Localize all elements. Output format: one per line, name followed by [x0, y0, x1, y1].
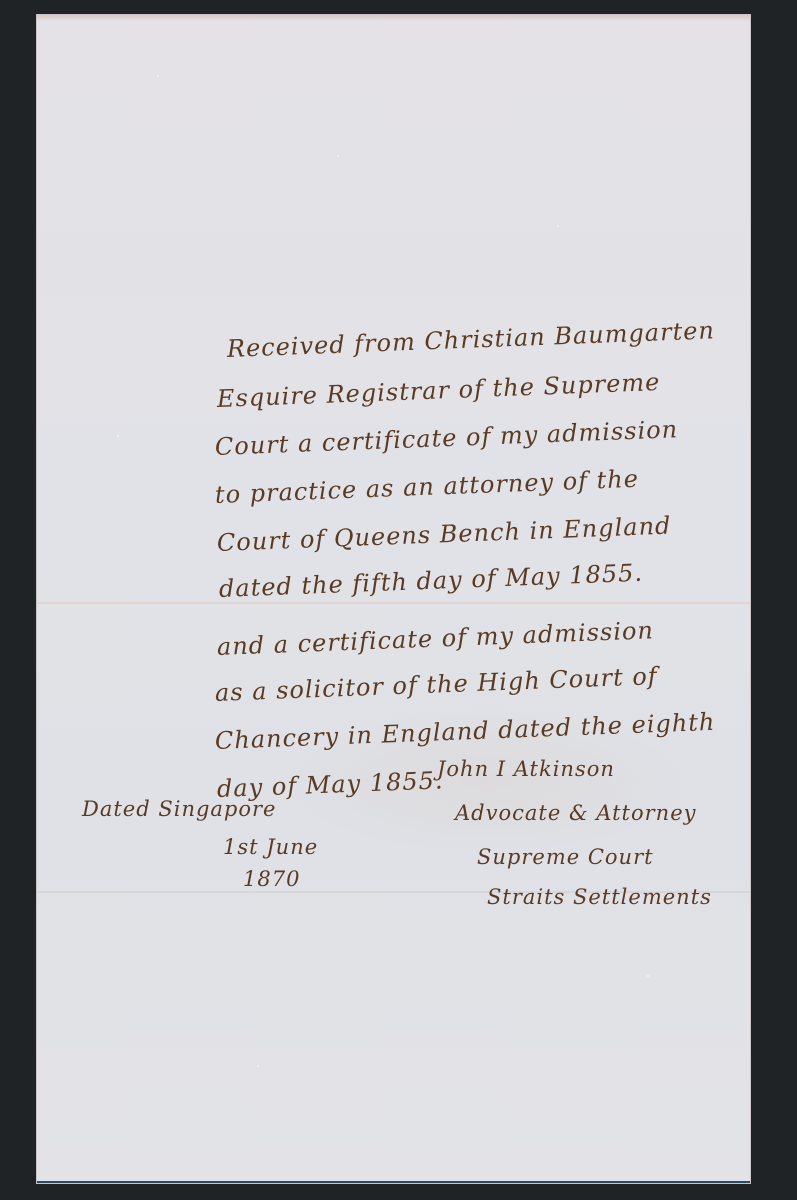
signature-name: John I Atkinson	[437, 757, 615, 781]
body-line-8: as a solicitor of the High Court of	[214, 662, 658, 707]
fold-line	[37, 602, 750, 605]
paper-speck	[157, 75, 159, 77]
signature-title-1: Advocate & Attorney	[455, 801, 696, 825]
paper-speck	[557, 225, 559, 227]
body-line-2: Esquire Registrar of the Supreme	[216, 368, 660, 413]
paper-speck	[647, 975, 649, 977]
signature-title-2: Supreme Court	[477, 845, 654, 869]
signature-title-3: Straits Settlements	[487, 885, 712, 909]
document-page: Received from Christian Baumgarten Esqui…	[37, 15, 750, 1183]
body-line-5: Court of Queens Bench in England	[216, 512, 671, 557]
body-line-7: and a certificate of my admission	[216, 616, 654, 661]
body-line-3: Court a certificate of my admission	[214, 415, 678, 461]
dateline-place: Dated Singapore	[82, 797, 276, 821]
paper-speck	[117, 435, 119, 437]
body-line-6: dated the fifth day of May 1855.	[218, 559, 643, 603]
body-line-4: to practice as an attorney of the	[214, 465, 639, 509]
dateline-year: 1870	[243, 867, 300, 891]
paper-speck	[337, 155, 339, 157]
dateline-day-month: 1st June	[223, 835, 318, 859]
paper-speck	[257, 1065, 259, 1067]
body-line-1: Received from Christian Baumgarten	[226, 316, 715, 363]
